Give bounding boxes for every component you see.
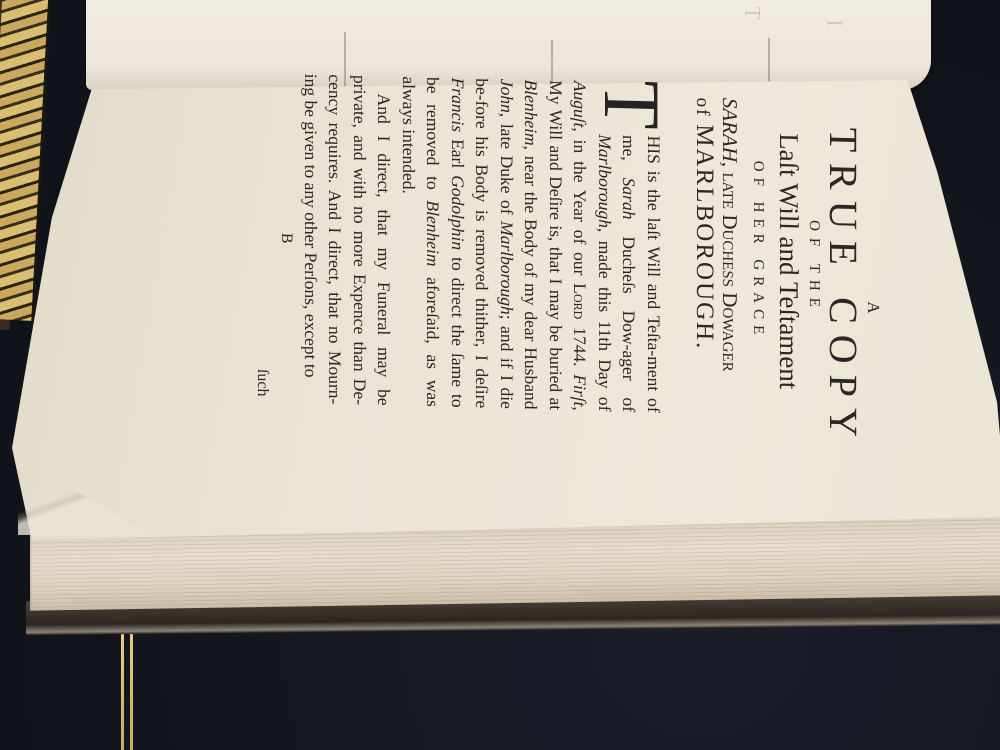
text-run-italic: Blenheim [424, 200, 444, 267]
text-run: , near the Body of my dear Husband [522, 145, 542, 409]
text-run-italic: Francis [448, 77, 468, 132]
title-a: A [865, 78, 882, 498]
text-run-italic: Godolphin [448, 175, 468, 250]
catchword: ſuch [250, 72, 275, 403]
text-run-smallcaps: Lord [571, 283, 591, 320]
drop-cap: T [600, 79, 662, 129]
title-of-the: OF THE [806, 77, 821, 497]
gold-tooling-line [130, 628, 133, 750]
show-through-letter: T [740, 6, 766, 19]
text-run-italic: Blenheim [522, 79, 542, 146]
text-run-italic: Auguſt [571, 81, 591, 128]
marlborough-title: MARLBOROUGH. [691, 124, 718, 351]
text-run: , late Duke of [497, 113, 517, 222]
year-text: 1744. [571, 319, 591, 375]
show-through-letter: I [822, 19, 848, 26]
text-run-italic: Firſt [571, 374, 591, 407]
title-of-her-grace: OF HER GRACE [750, 75, 765, 495]
text-run-italic: Marlborough [595, 134, 615, 228]
of-word: of [692, 97, 713, 124]
text-run: Ducheſs Dow-ager of [620, 219, 640, 412]
gold-tooling-line [121, 628, 124, 750]
text-run-italic: Marlborough [497, 221, 517, 315]
text-run-italic: Sarah [620, 177, 640, 219]
sarah-name: SARAH, [718, 98, 742, 168]
paragraph-2: And I direct, that my Funeral may be pri… [299, 73, 397, 406]
title-marlborough-line: of MARLBOROUGH. [692, 74, 717, 495]
rotated-page-text: A TRUE COPY OF THE Laſt Will and Teſtame… [250, 62, 931, 500]
title-sarah-line: SARAH, late Duchess Dowager [719, 74, 740, 495]
title-last-will: Laſt Will and Teſtament [775, 76, 802, 497]
text-run: Earl [448, 132, 468, 176]
will-body-text: T HIS is the laſt Will and Teſta-ment of… [250, 72, 667, 413]
signature-mark: B [274, 73, 299, 404]
duchess-dowager: late Duchess Dowager [718, 167, 742, 372]
book-photo: T I A TRUE COPY OF THE Laſt Will and Teſ… [0, 0, 1000, 750]
text-run-italic: John [497, 79, 517, 114]
text-run: , made this 11th Day of [595, 228, 615, 412]
text-run: , in the Year of our [571, 127, 591, 283]
title-true-copy: TRUE COPY [823, 77, 863, 498]
